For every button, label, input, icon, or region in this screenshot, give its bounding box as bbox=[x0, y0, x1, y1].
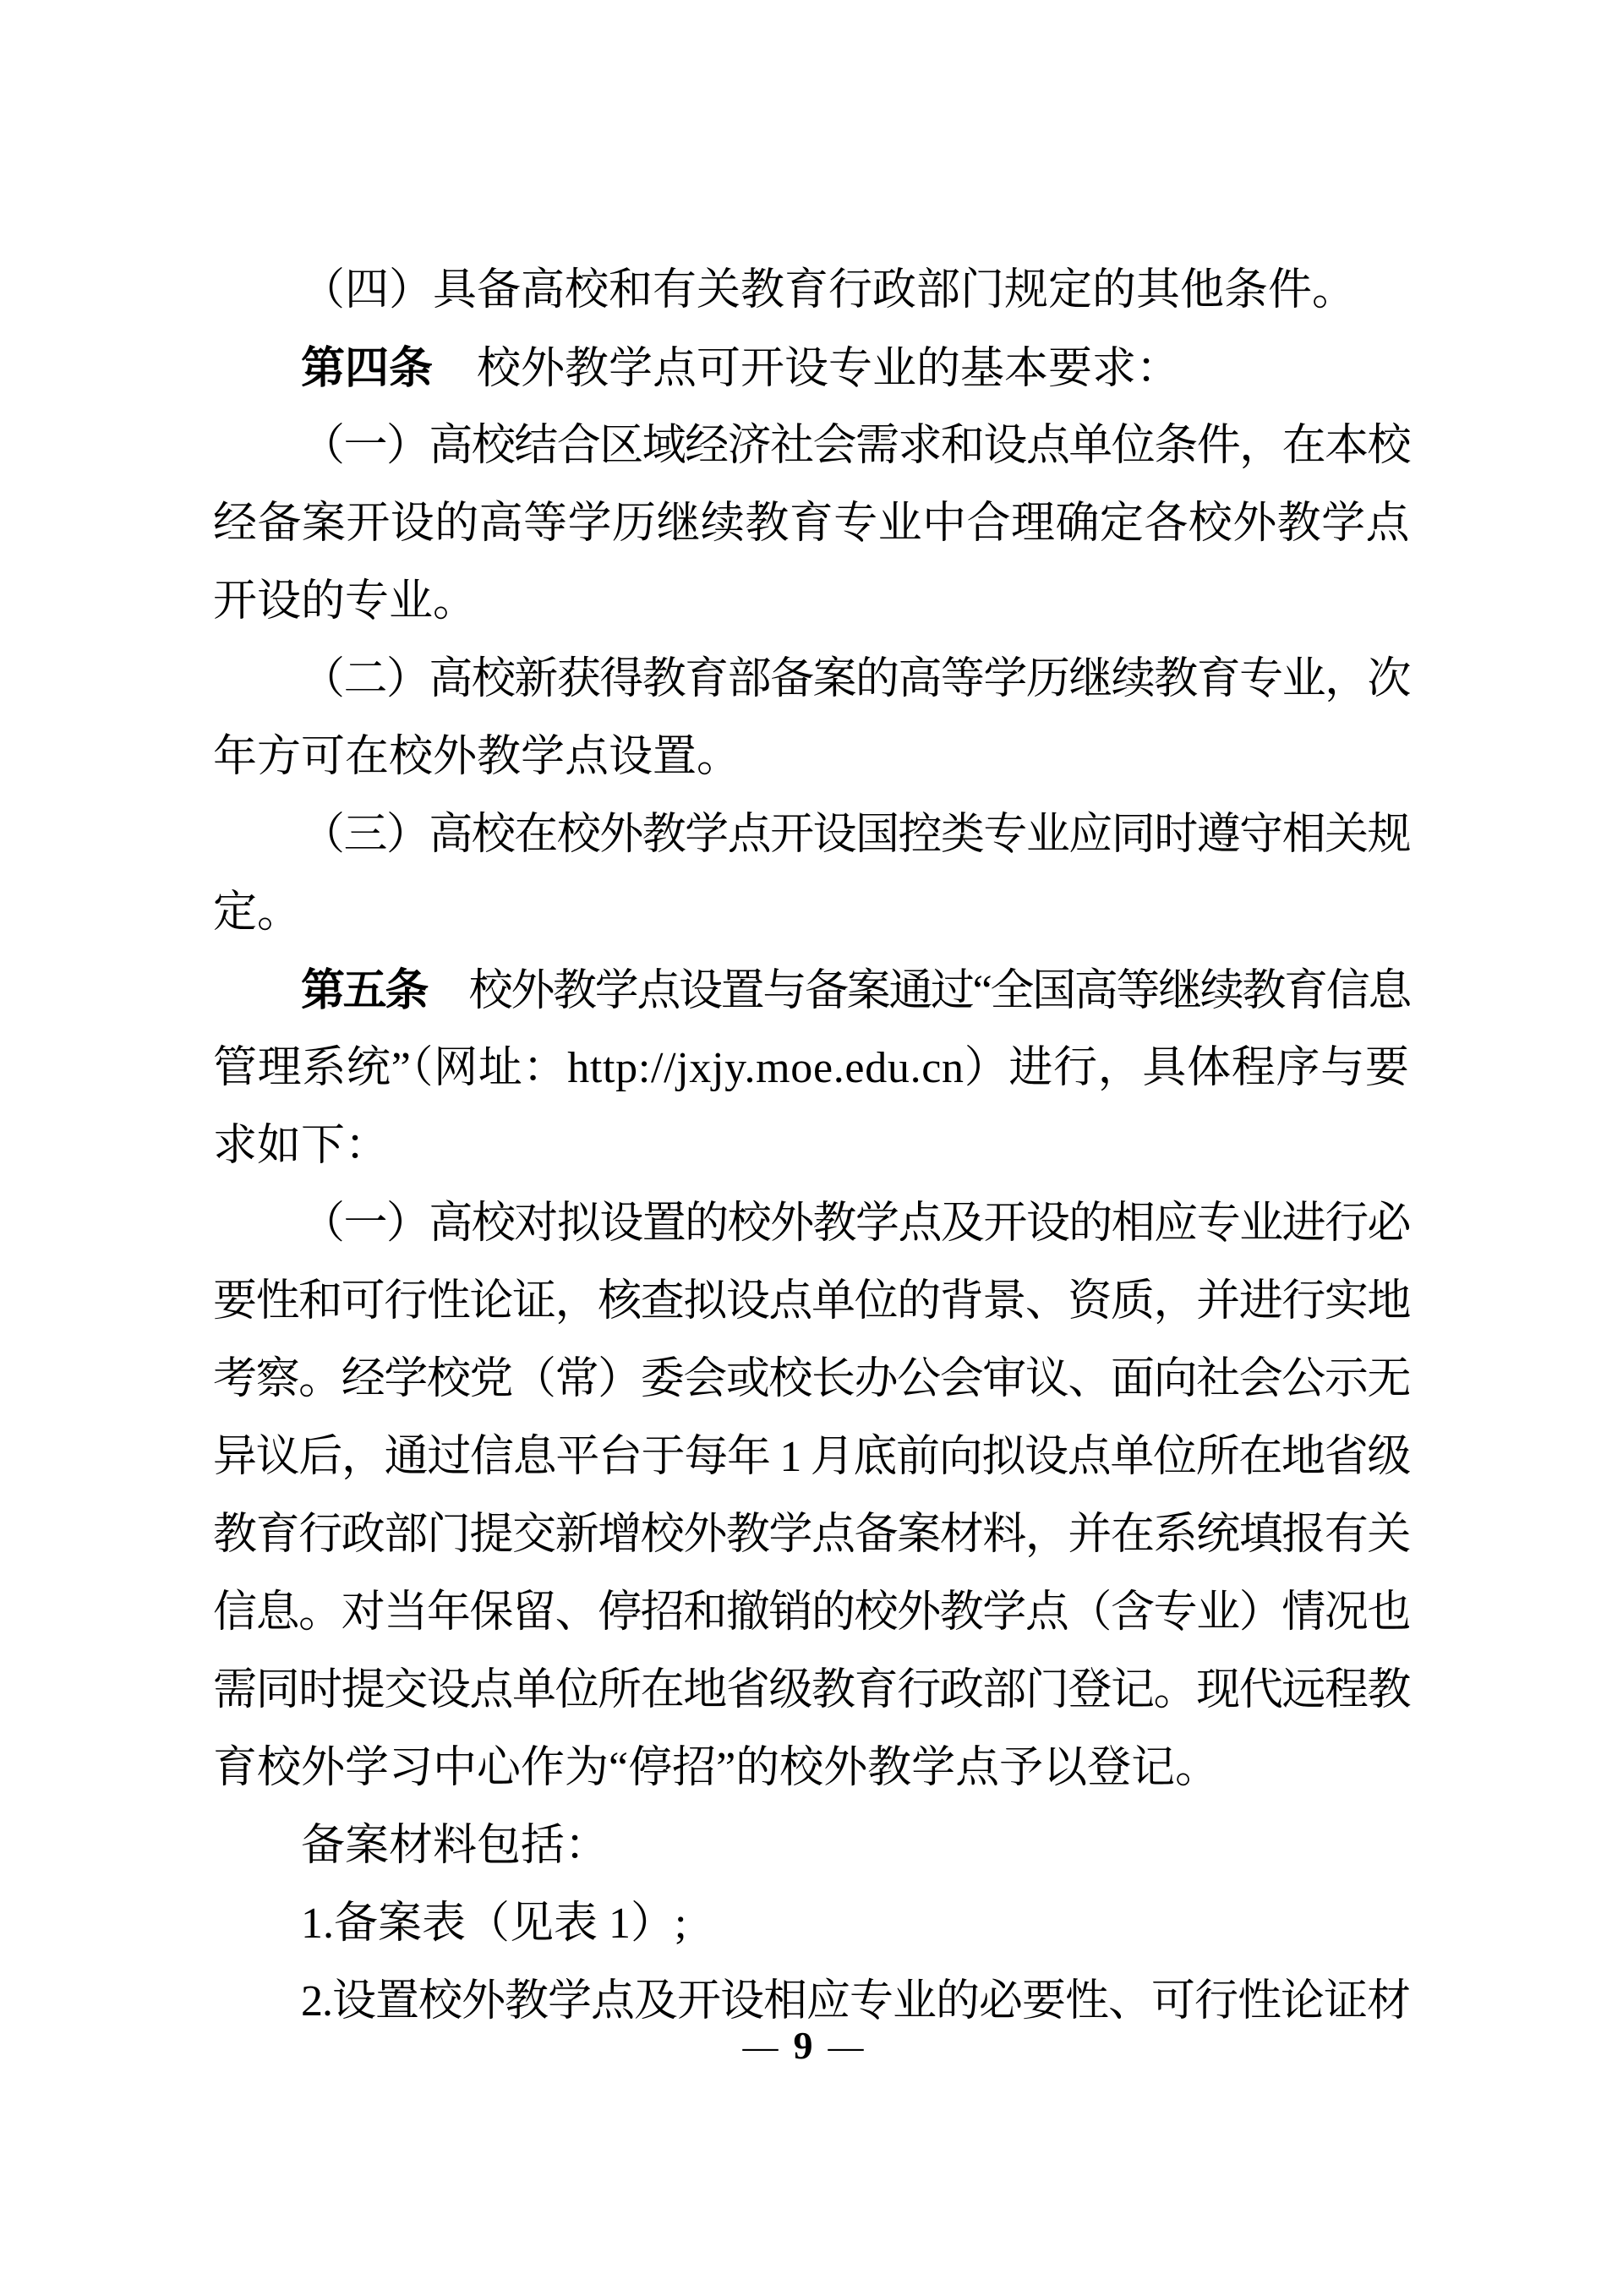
text-line: （三）高校在校外教学点开设国控类专业应同时遵守相关规 bbox=[213, 796, 1410, 874]
text-line: 定。 bbox=[213, 874, 1410, 952]
footer-dash-right: — bbox=[828, 2028, 864, 2067]
footer-dash-left: — bbox=[743, 2028, 779, 2067]
text-line: （二）高校新获得教育部备案的高等学历继续教育专业，次 bbox=[213, 641, 1410, 719]
text-line: 异议后，通过信息平台于每年 1 月底前向拟设点单位所在地省级 bbox=[213, 1419, 1410, 1496]
text-line: 信息。对当年保留、停招和撤销的校外教学点（含专业）情况也 bbox=[213, 1574, 1410, 1652]
article-heading: 第五条 bbox=[301, 966, 427, 1015]
text-line: 1.备案表（见表 1）; bbox=[213, 1885, 1410, 1963]
text-line-content: 定。 bbox=[213, 888, 301, 937]
text-line-content: （一）高校对拟设置的校外教学点及开设的相应专业进行必 bbox=[301, 1200, 1410, 1248]
text-line: （四）具备高校和有关教育行政部门规定的其他条件。 bbox=[213, 252, 1410, 330]
text-line-content: 第五条 校外教学点设置与备案通过“全国高等继续教育信息 bbox=[301, 967, 1410, 1015]
text-line: （一）高校对拟设置的校外教学点及开设的相应专业进行必 bbox=[213, 1185, 1410, 1263]
text-line-content: 备案材料包括： bbox=[301, 1822, 609, 1870]
text-line: 教育行政部门提交新增校外教学点备案材料，并在系统填报有关 bbox=[213, 1496, 1410, 1574]
text-line-content: 2.设置校外教学点及开设相应专业的必要性、可行性论证材 bbox=[301, 1977, 1410, 2025]
text-line: 要性和可行性论证，核查拟设点单位的背景、资质，并进行实地 bbox=[213, 1263, 1410, 1341]
page-footer: —9— bbox=[0, 2022, 1606, 2069]
text-line-content: （四）具备高校和有关教育行政部门规定的其他条件。 bbox=[301, 266, 1356, 314]
text-line: 育校外学习中心作为“停招”的校外教学点予以登记。 bbox=[213, 1730, 1410, 1807]
page-number: 9 bbox=[794, 2024, 813, 2067]
text-line: 求如下： bbox=[213, 1107, 1410, 1185]
document-page: （四）具备高校和有关教育行政部门规定的其他条件。第四条 校外教学点可开设专业的基… bbox=[0, 0, 1623, 2296]
text-line-content: （二）高校新获得教育部备案的高等学历继续教育专业，次 bbox=[301, 655, 1410, 703]
document-body: （四）具备高校和有关教育行政部门规定的其他条件。第四条 校外教学点可开设专业的基… bbox=[213, 252, 1410, 2041]
text-line: 管理系统”（网址：http://jxjy.moe.edu.cn）进行，具体程序与… bbox=[213, 1030, 1410, 1107]
text-line: 考察。经学校党（常）委会或校长办公会审议、面向社会公示无 bbox=[213, 1341, 1410, 1419]
text-line: （一）高校结合区域经济社会需求和设点单位条件，在本校 bbox=[213, 407, 1410, 485]
text-line: 年方可在校外教学点设置。 bbox=[213, 719, 1410, 796]
text-line: 第五条 校外教学点设置与备案通过“全国高等继续教育信息 bbox=[213, 952, 1410, 1030]
text-line: 备案材料包括： bbox=[213, 1807, 1410, 1885]
text-line-content: 教育行政部门提交新增校外教学点备案材料，并在系统填报有关 bbox=[213, 1511, 1410, 1559]
text-line-content: （三）高校在校外教学点开设国控类专业应同时遵守相关规 bbox=[301, 811, 1410, 859]
text-line-content: 信息。对当年保留、停招和撤销的校外教学点（含专业）情况也 bbox=[213, 1588, 1410, 1637]
text-line-content: 求如下： bbox=[213, 1122, 389, 1170]
text-line: 开设的专业。 bbox=[213, 563, 1410, 641]
text-line-content: 第四条 校外教学点可开设专业的基本要求： bbox=[301, 345, 1180, 393]
text-line-content: 需同时提交设点单位所在地省级教育行政部门登记。现代远程教 bbox=[213, 1666, 1410, 1714]
text-line: 第四条 校外教学点可开设专业的基本要求： bbox=[213, 330, 1410, 407]
text-line-content: 异议后，通过信息平台于每年 1 月底前向拟设点单位所在地省级 bbox=[213, 1433, 1410, 1481]
text-line-content: 育校外学习中心作为“停招”的校外教学点予以登记。 bbox=[213, 1744, 1219, 1792]
text-line: 经备案开设的高等学历继续教育专业中合理确定各校外教学点 bbox=[213, 485, 1410, 563]
text-line-content: 要性和可行性论证，核查拟设点单位的背景、资质，并进行实地 bbox=[213, 1277, 1410, 1326]
text-line-content: （一）高校结合区域经济社会需求和设点单位条件，在本校 bbox=[301, 422, 1410, 470]
text-line-content: 考察。经学校党（常）委会或校长办公会审议、面向社会公示无 bbox=[213, 1355, 1410, 1403]
text-line-content: 年方可在校外教学点设置。 bbox=[213, 733, 740, 781]
article-heading: 第四条 bbox=[301, 344, 433, 393]
text-line-content: 经备案开设的高等学历继续教育专业中合理确定各校外教学点 bbox=[213, 500, 1410, 548]
text-line-content: 管理系统”（网址：http://jxjy.moe.edu.cn）进行，具体程序与… bbox=[213, 1044, 1410, 1092]
text-line-content: 1.备案表（见表 1）; bbox=[301, 1900, 686, 1948]
text-line: 需同时提交设点单位所在地省级教育行政部门登记。现代远程教 bbox=[213, 1652, 1410, 1730]
text-line-content: 开设的专业。 bbox=[213, 577, 477, 626]
